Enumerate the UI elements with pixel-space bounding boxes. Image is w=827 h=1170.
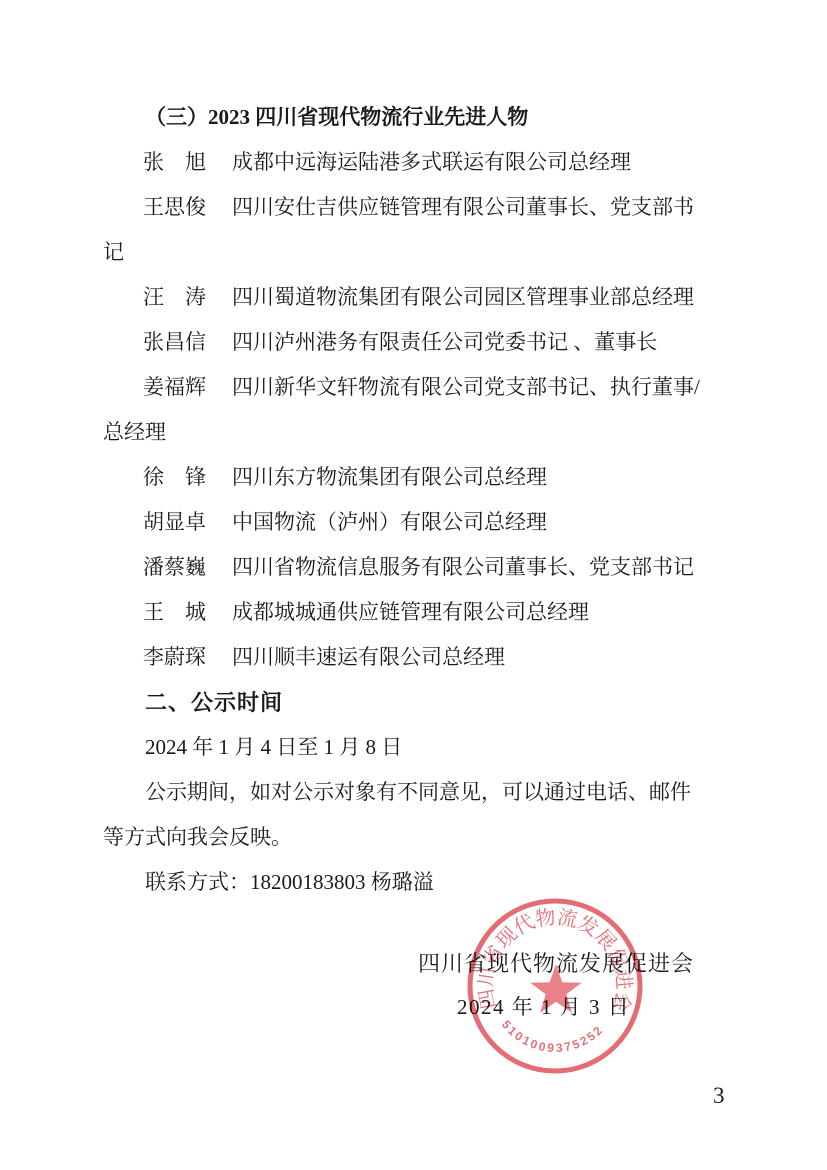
document-page: （三）2023 四川省现代物流行业先进人物张 旭成都中远海运陆港多式联运有限公司… [0, 0, 827, 1170]
person-row: 胡显卓中国物流（泸州）有限公司总经理 [103, 500, 763, 545]
person-name: 张 旭 [143, 140, 206, 185]
page-number: 3 [713, 1084, 725, 1107]
official-seal-stamp: 四川省现代物流发展促进会 5101009375252 [466, 897, 644, 1075]
person-title: 成都城城通供应链管理有限公司总经理 [232, 600, 589, 624]
person-row: 汪 涛四川蜀道物流集团有限公司园区管理事业部总经理 [103, 275, 763, 320]
person-name: 潘蔡巍 [143, 545, 206, 590]
person-title: 中国物流（泸州）有限公司总经理 [232, 510, 547, 534]
paragraph-line: 公示期间，如对公示对象有不同意见，可以通过电话、邮件 [103, 770, 763, 815]
person-row: 徐 锋四川东方物流集团有限公司总经理 [103, 455, 763, 500]
paragraph-line: 等方式向我会反映。 [103, 815, 763, 860]
paragraph-line: 2024 年 1 月 4 日至 1 月 8 日 [103, 725, 763, 770]
person-row: 张 旭成都中远海运陆港多式联运有限公司总经理 [103, 140, 763, 185]
person-title: 四川顺丰速运有限公司总经理 [232, 645, 505, 669]
person-row: 潘蔡巍四川省物流信息服务有限公司董事长、党支部书记 [103, 545, 763, 590]
person-title: 四川省物流信息服务有限公司董事长、党支部书记 [232, 555, 694, 579]
person-title: 四川泸州港务有限责任公司党委书记 、董事长 [232, 330, 657, 354]
person-name: 张昌信 [143, 320, 206, 365]
person-row: 王 城成都城城通供应链管理有限公司总经理 [103, 590, 763, 635]
person-name: 王 城 [143, 590, 206, 635]
section-heading-advanced-persons: （三）2023 四川省现代物流行业先进人物 [103, 95, 763, 140]
person-title: 四川蜀道物流集团有限公司园区管理事业部总经理 [232, 285, 694, 309]
stamp-serial-number: 5101009375252 [499, 1017, 607, 1055]
star-icon [530, 964, 581, 1013]
continuation-line: 总经理 [103, 410, 763, 455]
person-title: 成都中远海运陆港多式联运有限公司总经理 [232, 150, 631, 174]
person-row: 姜福辉四川新华文轩物流有限公司党支部书记、执行董事/ [103, 365, 763, 410]
person-name: 徐 锋 [143, 455, 206, 500]
person-name: 李蔚琛 [143, 635, 206, 680]
person-title: 四川新华文轩物流有限公司党支部书记、执行董事/ [232, 375, 700, 399]
continuation-line: 记 [103, 230, 763, 275]
person-title: 四川安仕吉供应链管理有限公司董事长、党支部书 [232, 195, 694, 219]
person-name: 姜福辉 [143, 365, 206, 410]
person-row: 王思俊四川安仕吉供应链管理有限公司董事长、党支部书 [103, 185, 763, 230]
paragraph-line: 联系方式：18200183803 杨璐溢 [103, 860, 763, 905]
person-row: 李蔚琛四川顺丰速运有限公司总经理 [103, 635, 763, 680]
person-title: 四川东方物流集团有限公司总经理 [232, 465, 547, 489]
person-row: 张昌信四川泸州港务有限责任公司党委书记 、董事长 [103, 320, 763, 365]
person-name: 王思俊 [143, 185, 206, 230]
section-heading-publicity-time: 二、公示时间 [103, 680, 763, 725]
svg-text:5101009375252: 5101009375252 [499, 1017, 607, 1055]
person-name: 胡显卓 [143, 500, 206, 545]
body-lines: （三）2023 四川省现代物流行业先进人物张 旭成都中远海运陆港多式联运有限公司… [103, 95, 763, 905]
person-name: 汪 涛 [143, 275, 206, 320]
